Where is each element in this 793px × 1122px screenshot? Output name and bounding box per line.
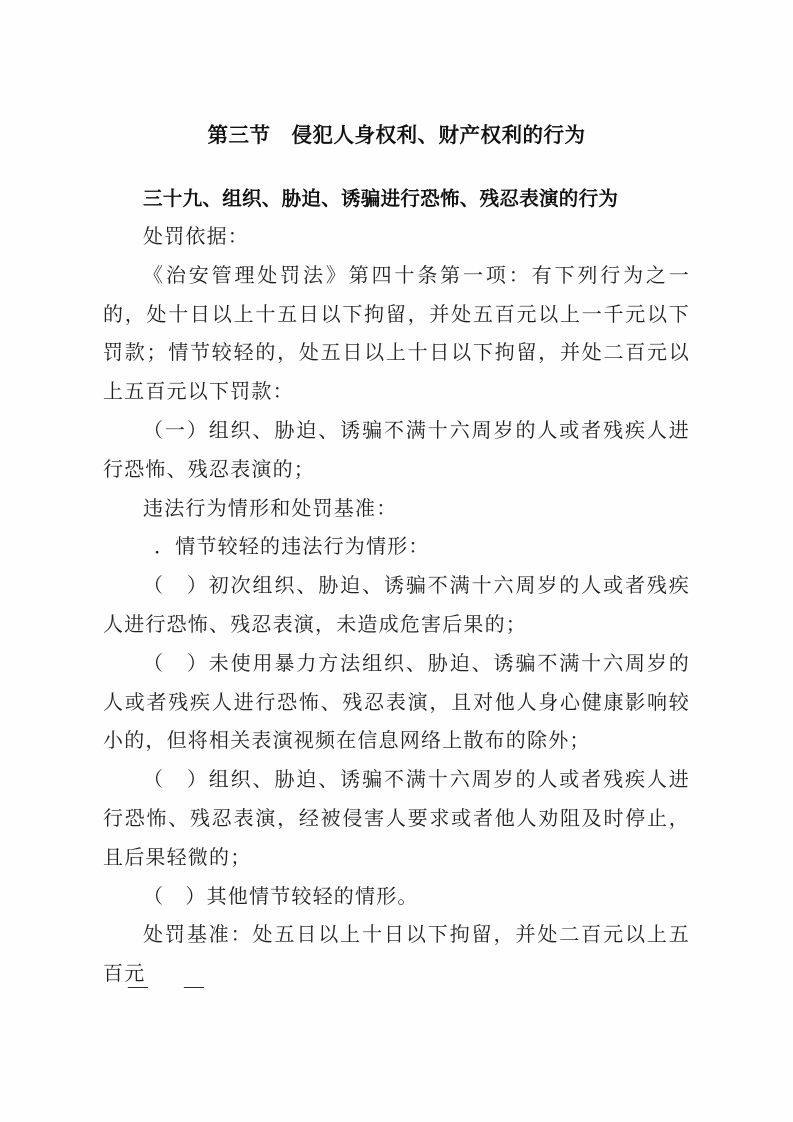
paragraph-circumstance-no-violence: （ ）未使用暴力方法组织、胁迫、诱骗不满十六周岁的人或者残疾人进行恐怖、残忍表演… bbox=[103, 645, 690, 761]
section-title: 第三节 侵犯人身权利、财产权利的行为 bbox=[103, 117, 690, 155]
paragraph-minor-circumstances-label: ．情节较轻的违法行为情形： bbox=[103, 528, 690, 567]
paragraph-law-citation: 《治安管理处罚法》第四十条第一项：有下列行为之一的，处十日以上十五日以下拘留，并… bbox=[103, 257, 690, 412]
footer-dash-right: — bbox=[184, 973, 204, 999]
paragraph-item-one: （一）组织、胁迫、诱骗不满十六周岁的人或者残疾人进行恐怖、残忍表演的； bbox=[103, 412, 690, 490]
paragraph-circumstances-label: 违法行为情形和处罚基准： bbox=[103, 490, 690, 529]
body-text: 处罚依据： 《治安管理处罚法》第四十条第一项：有下列行为之一的，处十日以上十五日… bbox=[103, 218, 690, 994]
paragraph-penalty-basis-label: 处罚依据： bbox=[103, 218, 690, 257]
paragraph-circumstance-timely-stop: （ ）组织、胁迫、诱骗不满十六周岁的人或者残疾人进行恐怖、残忍表演，经被侵害人要… bbox=[103, 761, 690, 877]
paragraph-circumstance-first-offense: （ ）初次组织、胁迫、诱骗不满十六周岁的人或者残疾人进行恐怖、残忍表演，未造成危… bbox=[103, 567, 690, 645]
item-title: 三十九、组织、胁迫、诱骗进行恐怖、残忍表演的行为 bbox=[103, 180, 690, 218]
document-page: 第三节 侵犯人身权利、财产权利的行为 三十九、组织、胁迫、诱骗进行恐怖、残忍表演… bbox=[0, 0, 793, 1122]
page-footer: — — bbox=[128, 973, 204, 999]
paragraph-circumstance-other: （ ）其他情节较轻的情形。 bbox=[103, 878, 690, 917]
footer-dash-left: — bbox=[128, 973, 148, 999]
